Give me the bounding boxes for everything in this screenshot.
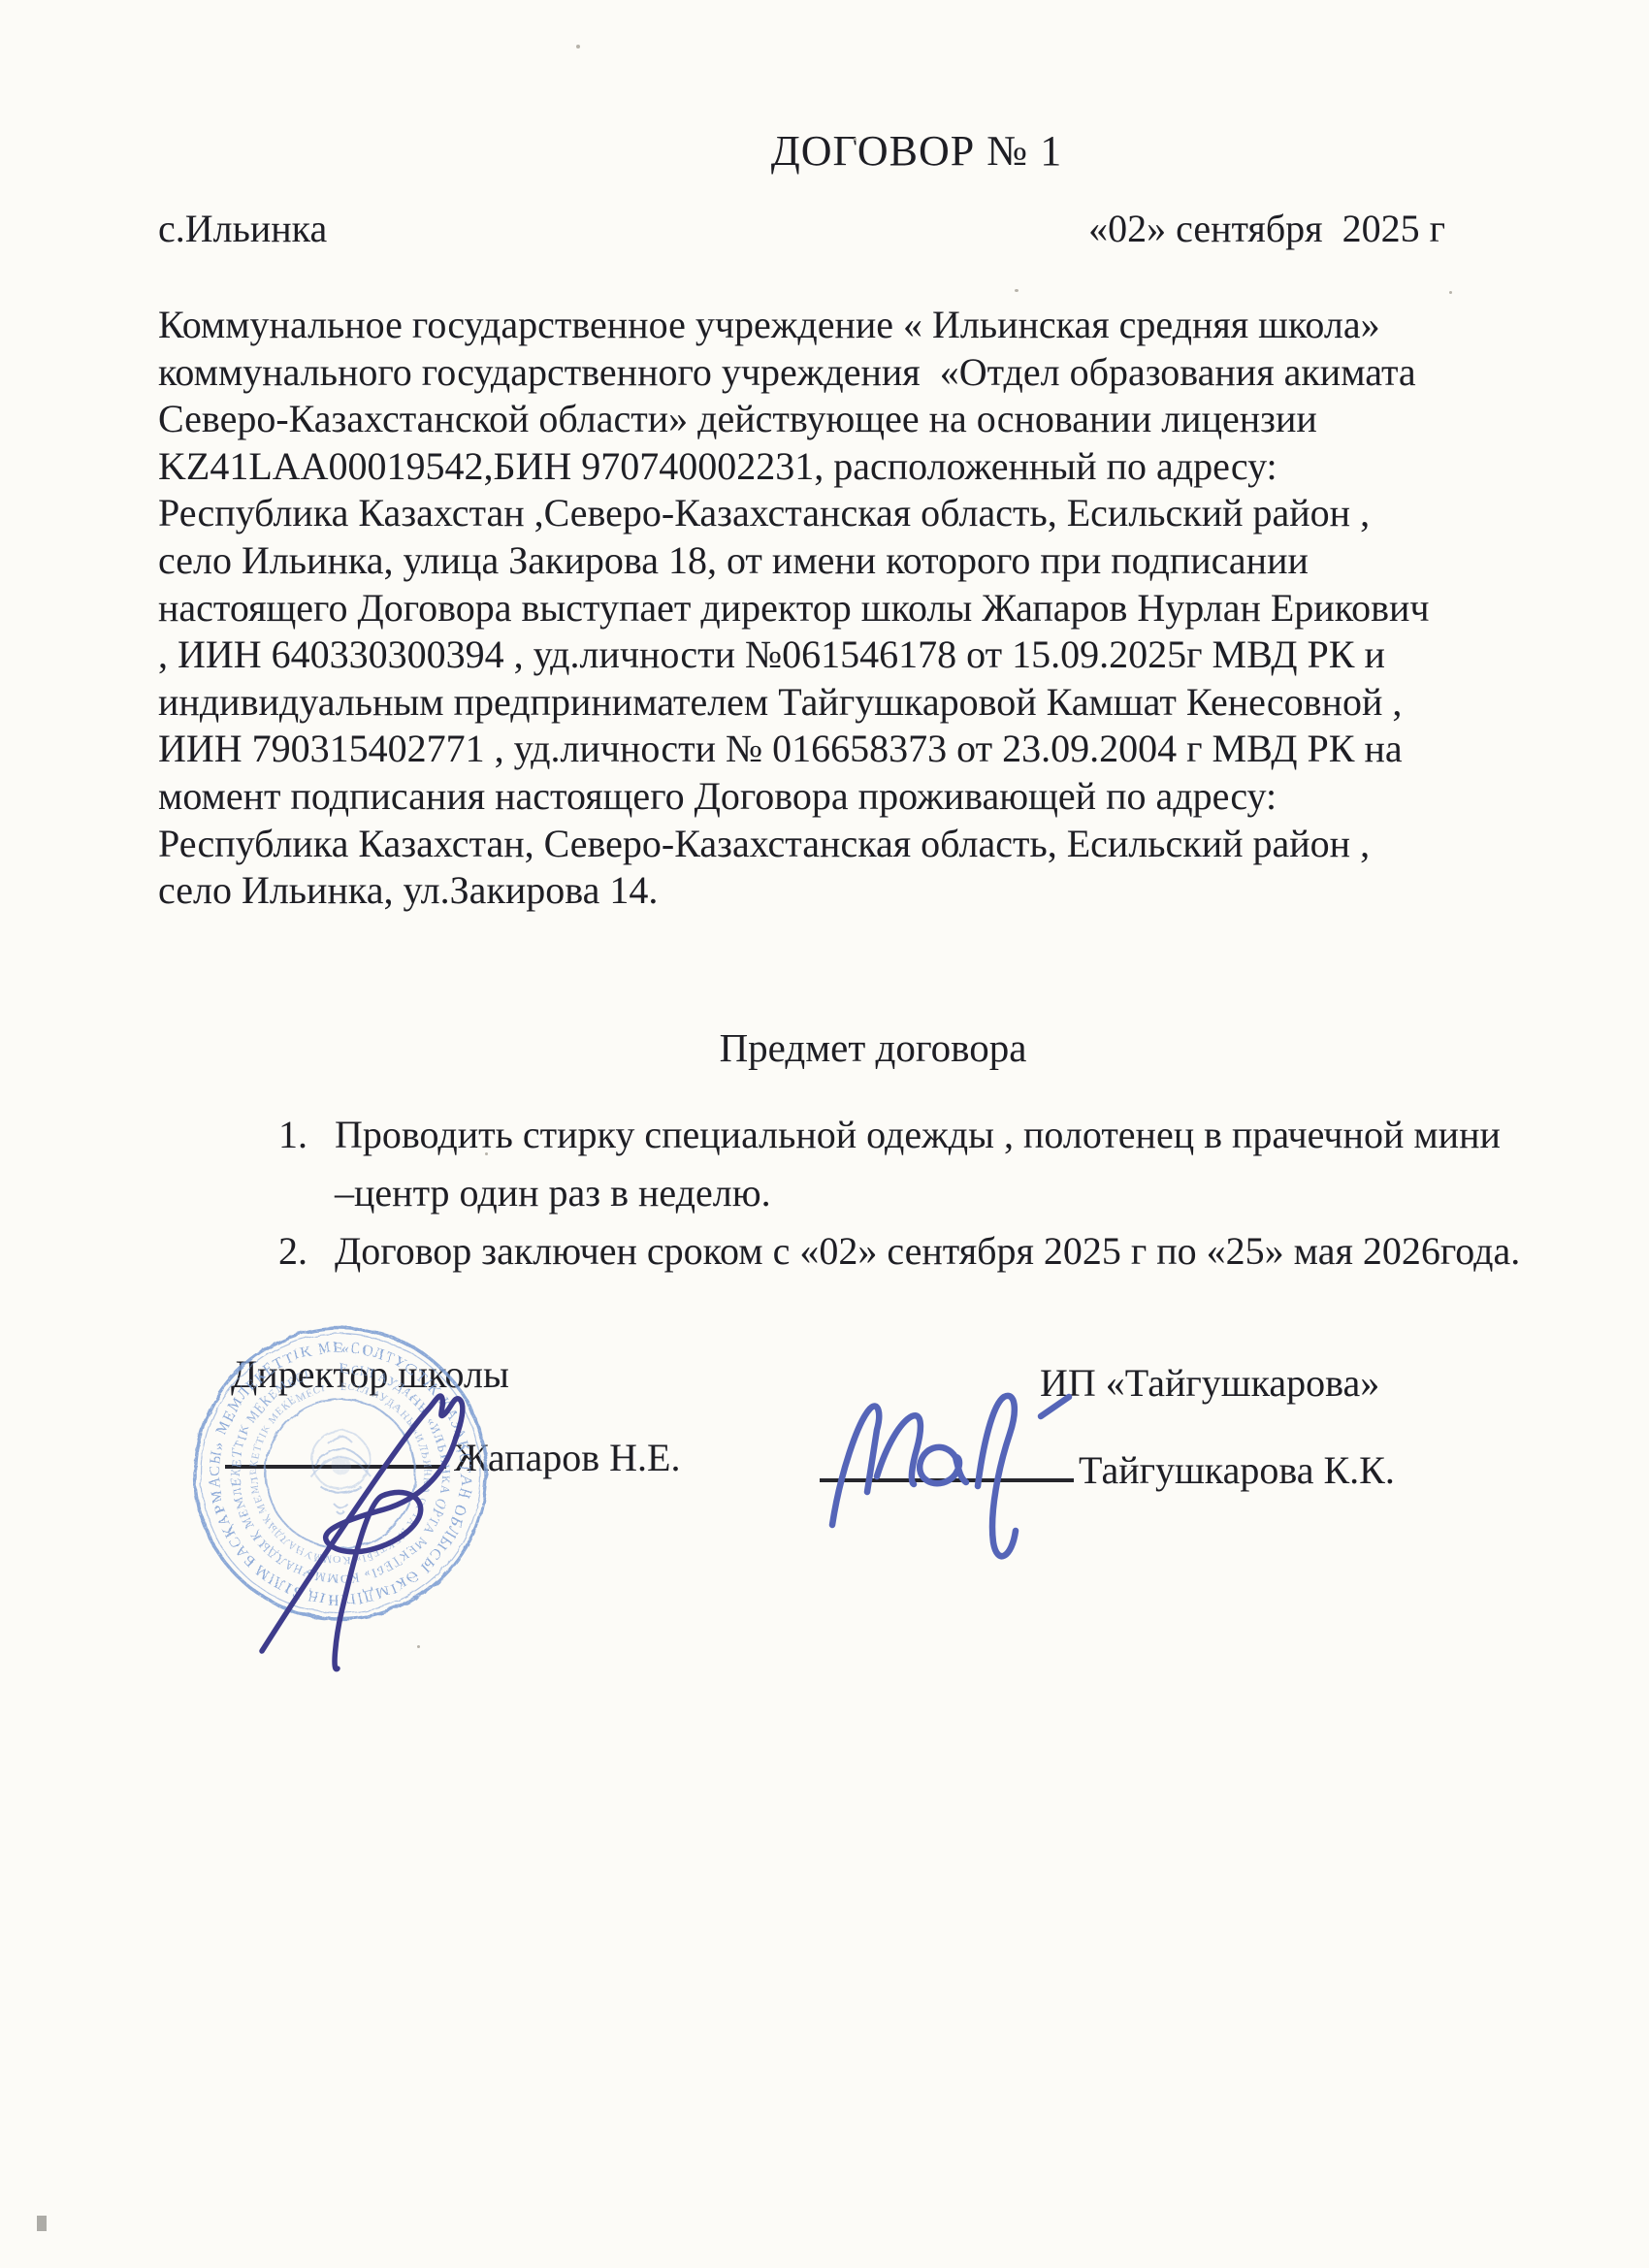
list-item-line: Проводить стирку специальной одежды , по… <box>335 1106 1501 1164</box>
scanned-contract-page: ДОГОВОР № 1 с.Ильинка «02» сентября 2025… <box>0 0 1649 2268</box>
signature-stroke <box>1041 1397 1069 1416</box>
preamble-line: KZ41LAA00019542,БИН 970740002231, распол… <box>158 443 1516 491</box>
signature-stroke <box>920 1447 966 1483</box>
scan-speck <box>854 138 857 141</box>
ip-signature <box>805 1368 1096 1591</box>
scan-speck <box>417 1645 420 1648</box>
place-label: с.Ильинка <box>158 206 327 251</box>
scan-speck <box>485 1152 488 1155</box>
director-signature <box>223 1339 543 1707</box>
list-item-line: Договор заключен сроком с «02» сентября … <box>335 1222 1520 1280</box>
scan-speck <box>576 45 580 49</box>
preamble-line: село Ильинка, ул.Закирова 14. <box>158 867 1516 915</box>
document-title: ДОГОВОР № 1 <box>0 126 1649 176</box>
signature-stroke <box>262 1396 463 1651</box>
place-date-row: с.Ильинка «02» сентября 2025 г <box>158 206 1445 251</box>
list-item-1: 1. Проводить стирку специальной одежды ,… <box>278 1106 1501 1222</box>
preamble-line: ИИН 790315402771 , уд.личности № 0166583… <box>158 726 1516 773</box>
preamble-line: индивидуальным предпринимателем Тайгушка… <box>158 679 1516 727</box>
signature-stroke <box>978 1396 1016 1556</box>
list-item-2: 2. Договор заключен сроком с «02» сентяб… <box>278 1222 1520 1280</box>
preamble-line: Республика Казахстан ,Северо-Казахстанск… <box>158 490 1516 537</box>
signature-stroke <box>877 1415 921 1484</box>
preamble-paragraph: Коммунальное государственное учреждение … <box>158 302 1516 915</box>
preamble-line: Республика Казахстан, Северо-Казахстанск… <box>158 821 1516 868</box>
preamble-line: момент подписания настоящего Договора пр… <box>158 773 1516 821</box>
list-item-number: 2. <box>278 1222 335 1280</box>
signature-stroke <box>326 1438 456 1669</box>
preamble-line: настоящего Договора выступает директор ш… <box>158 585 1516 632</box>
preamble-line: село Ильинка, улица Закирова 18, от имен… <box>158 537 1516 585</box>
preamble-line: коммунального государственного учреждени… <box>158 349 1516 397</box>
scan-speck <box>1015 289 1018 292</box>
list-item-number: 1. <box>278 1106 335 1222</box>
scan-speck <box>1449 291 1452 294</box>
list-item-line: –центр один раз в неделю. <box>335 1164 1501 1222</box>
preamble-line: , ИИН 640330300394 , уд.личности №061546… <box>158 632 1516 679</box>
scan-edge-mark <box>37 2216 47 2231</box>
preamble-line: Северо-Казахстанской области» действующе… <box>158 396 1516 443</box>
signature-stroke <box>832 1406 879 1525</box>
ip-name: Тайгушкарова К.К. <box>1079 1447 1395 1493</box>
date-label: «02» сентября 2025 г <box>1088 206 1445 251</box>
subject-heading: Предмет договора <box>0 1024 1649 1071</box>
preamble-line: Коммунальное государственное учреждение … <box>158 302 1516 349</box>
